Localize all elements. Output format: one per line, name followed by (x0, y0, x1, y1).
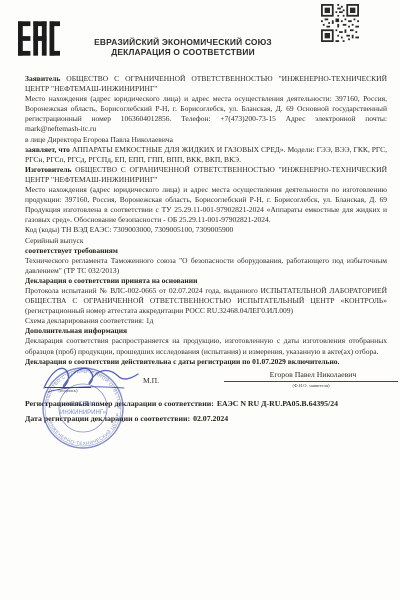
registration-number-value: ЕАЭС N RU Д-RU.РА05.В.64395/24 (217, 399, 338, 408)
stamp-center-line2: ИНЖИНИРИНГ» (60, 410, 107, 416)
qr-code-icon (321, 4, 359, 47)
product-paragraph: заявляет, что АППАРАТЫ ЕМКОСТНЫЕ ДЛЯ ЖИД… (25, 145, 387, 165)
handwritten-signature-icon (38, 352, 148, 407)
additional-heading: Дополнительная информация (25, 326, 387, 336)
declaration-document: ЕВРАЗИЙСКИЙ ЭКОНОМИЧЕСКИЙ СОЮЗ ДЕКЛАРАЦИ… (0, 0, 400, 600)
signer-name-caption: (Ф.И.О. заявителя) (224, 383, 398, 388)
applicant-name: ОБЩЕСТВО С ОГРАНИЧЕННОЙ ОТВЕТСТВЕННОСТЬЮ… (25, 74, 387, 93)
signer-name: Егоров Павел Николаевич (228, 370, 398, 379)
manufacturer-address: Место нахождения (адрес юридического лиц… (25, 185, 387, 225)
title-line-union: ЕВРАЗИЙСКИЙ ЭКОНОМИЧЕСКИЙ СОЮЗ (55, 37, 311, 47)
stamp-ring-text-bottom: ИНЖЕНЕРНО-ТЕХНИЧЕСКИЙ ЦЕНТР (48, 413, 121, 447)
applicant-label: Заявитель (25, 74, 60, 83)
tnved-codes: Код (коды) ТН ВЭД ЕАЭС: 7309003000, 7309… (25, 225, 387, 235)
product-name: АППАРАТЫ ЕМКОСТНЫЕ ДЛЯ ЖИДКИХ И ГАЗОВЫХ … (25, 145, 387, 164)
registration-date-value: 02.07.2024 (193, 414, 228, 423)
complies-heading: соответствует требованиям (25, 246, 387, 256)
regulation-text: Технического регламента Таможенного союз… (25, 256, 387, 276)
document-body: Заявитель ОБЩЕСТВО С ОГРАНИЧЕННОЙ ОТВЕТС… (25, 74, 387, 367)
manufacturer-name: ОБЩЕСТВО С ОГРАНИЧЕННОЙ ОТВЕТСТВЕННОСТЬЮ… (25, 165, 387, 184)
eac-mark-icon (18, 20, 60, 62)
manufacturer-paragraph: Изготовитель ОБЩЕСТВО С ОГРАНИЧЕННОЙ ОТВ… (25, 165, 387, 185)
applicant-paragraph: Заявитель ОБЩЕСТВО С ОГРАНИЧЕННОЙ ОТВЕТС… (25, 74, 387, 94)
applicant-representative: в лице Директора Егорова Павла Николаеви… (25, 135, 387, 145)
scheme-text: Схема декларирования соответствия: 1д (25, 316, 387, 326)
applicant-address: Место нахождения (адрес юридического лиц… (25, 94, 387, 134)
document-title: ЕВРАЗИЙСКИЙ ЭКОНОМИЧЕСКИЙ СОЮЗ ДЕКЛАРАЦИ… (55, 37, 311, 57)
svg-text:ИНЖЕНЕРНО-ТЕХНИЧЕСКИЙ ЦЕНТР: ИНЖЕНЕРНО-ТЕХНИЧЕСКИЙ ЦЕНТР (48, 413, 121, 447)
title-line-declaration: ДЕКЛАРАЦИЯ О СООТВЕТСТВИИ (55, 47, 311, 57)
basis-heading: Декларация о соответствии принята на осн… (25, 276, 387, 286)
serial-issue: Серийный выпуск (25, 236, 387, 246)
manufacturer-label: Изготовитель (25, 165, 71, 174)
basis-text: Протокола испытаний № ВЛС-002-0665 от 02… (25, 286, 387, 316)
declares-label: заявляет, что (25, 145, 70, 154)
